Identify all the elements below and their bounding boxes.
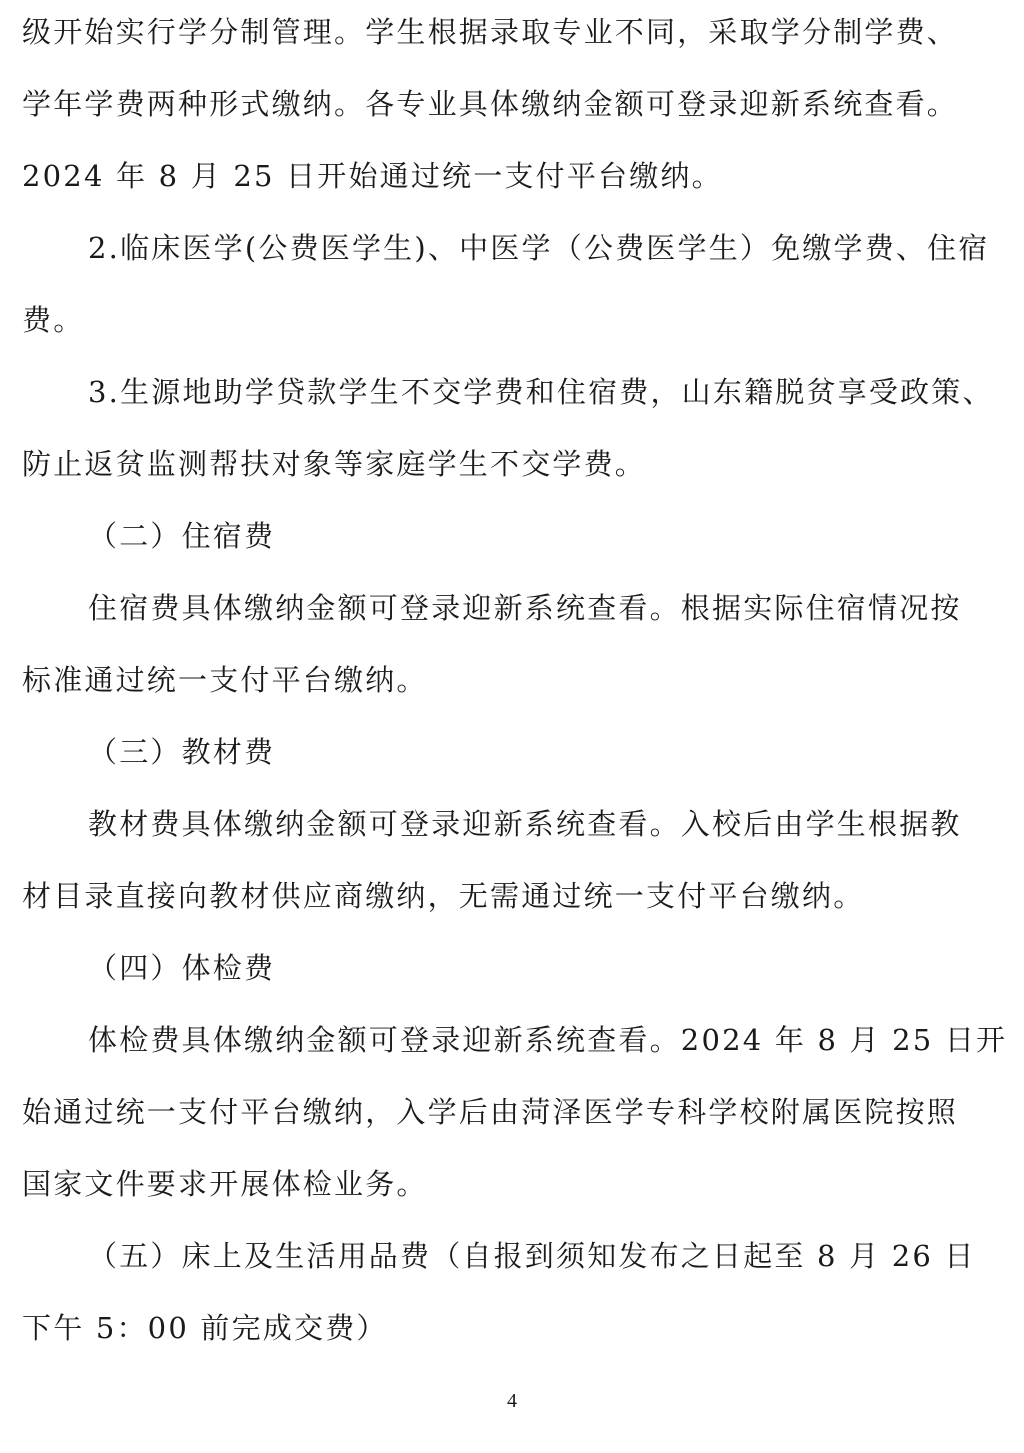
text-line: 防止返贫监测帮扶对象等家庭学生不交学费。 xyxy=(22,444,646,484)
section-heading-physical-exam: （四）体检费 xyxy=(88,948,275,988)
text-line: 住宿费具体缴纳金额可登录迎新系统查看。根据实际住宿情况按 xyxy=(88,588,962,628)
text-line: 学年学费两种形式缴纳。各专业具体缴纳金额可登录迎新系统查看。 xyxy=(22,84,958,124)
text-line: 始通过统一支付平台缴纳，入学后由菏泽医学专科学校附属医院按照 xyxy=(22,1092,958,1132)
text-line: 2024 年 8 月 25 日开始通过统一支付平台缴纳。 xyxy=(22,156,723,196)
text-line: 材目录直接向教材供应商缴纳，无需通过统一支付平台缴纳。 xyxy=(22,876,864,916)
text-line-item-2: 2.临床医学(公费医学生)、中医学（公费医学生）免缴学费、住宿 xyxy=(88,228,990,268)
text-line-item-3: 3.生源地助学贷款学生不交学费和住宿费，山东籍脱贫享受政策、 xyxy=(88,372,994,412)
text-line: 费。 xyxy=(22,300,84,340)
text-line: 教材费具体缴纳金额可登录迎新系统查看。入校后由学生根据教 xyxy=(88,804,962,844)
text-line: 级开始实行学分制管理。学生根据录取专业不同，采取学分制学费、 xyxy=(22,12,958,52)
text-line: 体检费具体缴纳金额可登录迎新系统查看。2024 年 8 月 25 日开 xyxy=(88,1020,1007,1060)
text-line: 国家文件要求开展体检业务。 xyxy=(22,1164,428,1204)
document-page: 级开始实行学分制管理。学生根据录取专业不同，采取学分制学费、 学年学费两种形式缴… xyxy=(0,0,1024,1453)
text-line: 标准通过统一支付平台缴纳。 xyxy=(22,660,428,700)
section-heading-bedding: （五）床上及生活用品费（自报到须知发布之日起至 8 月 26 日 xyxy=(88,1236,976,1276)
section-heading-textbooks: （三）教材费 xyxy=(88,732,275,772)
text-line: 下午 5：00 前完成交费） xyxy=(22,1308,388,1348)
page-number: 4 xyxy=(0,1390,1024,1413)
section-heading-accommodation: （二）住宿费 xyxy=(88,516,275,556)
